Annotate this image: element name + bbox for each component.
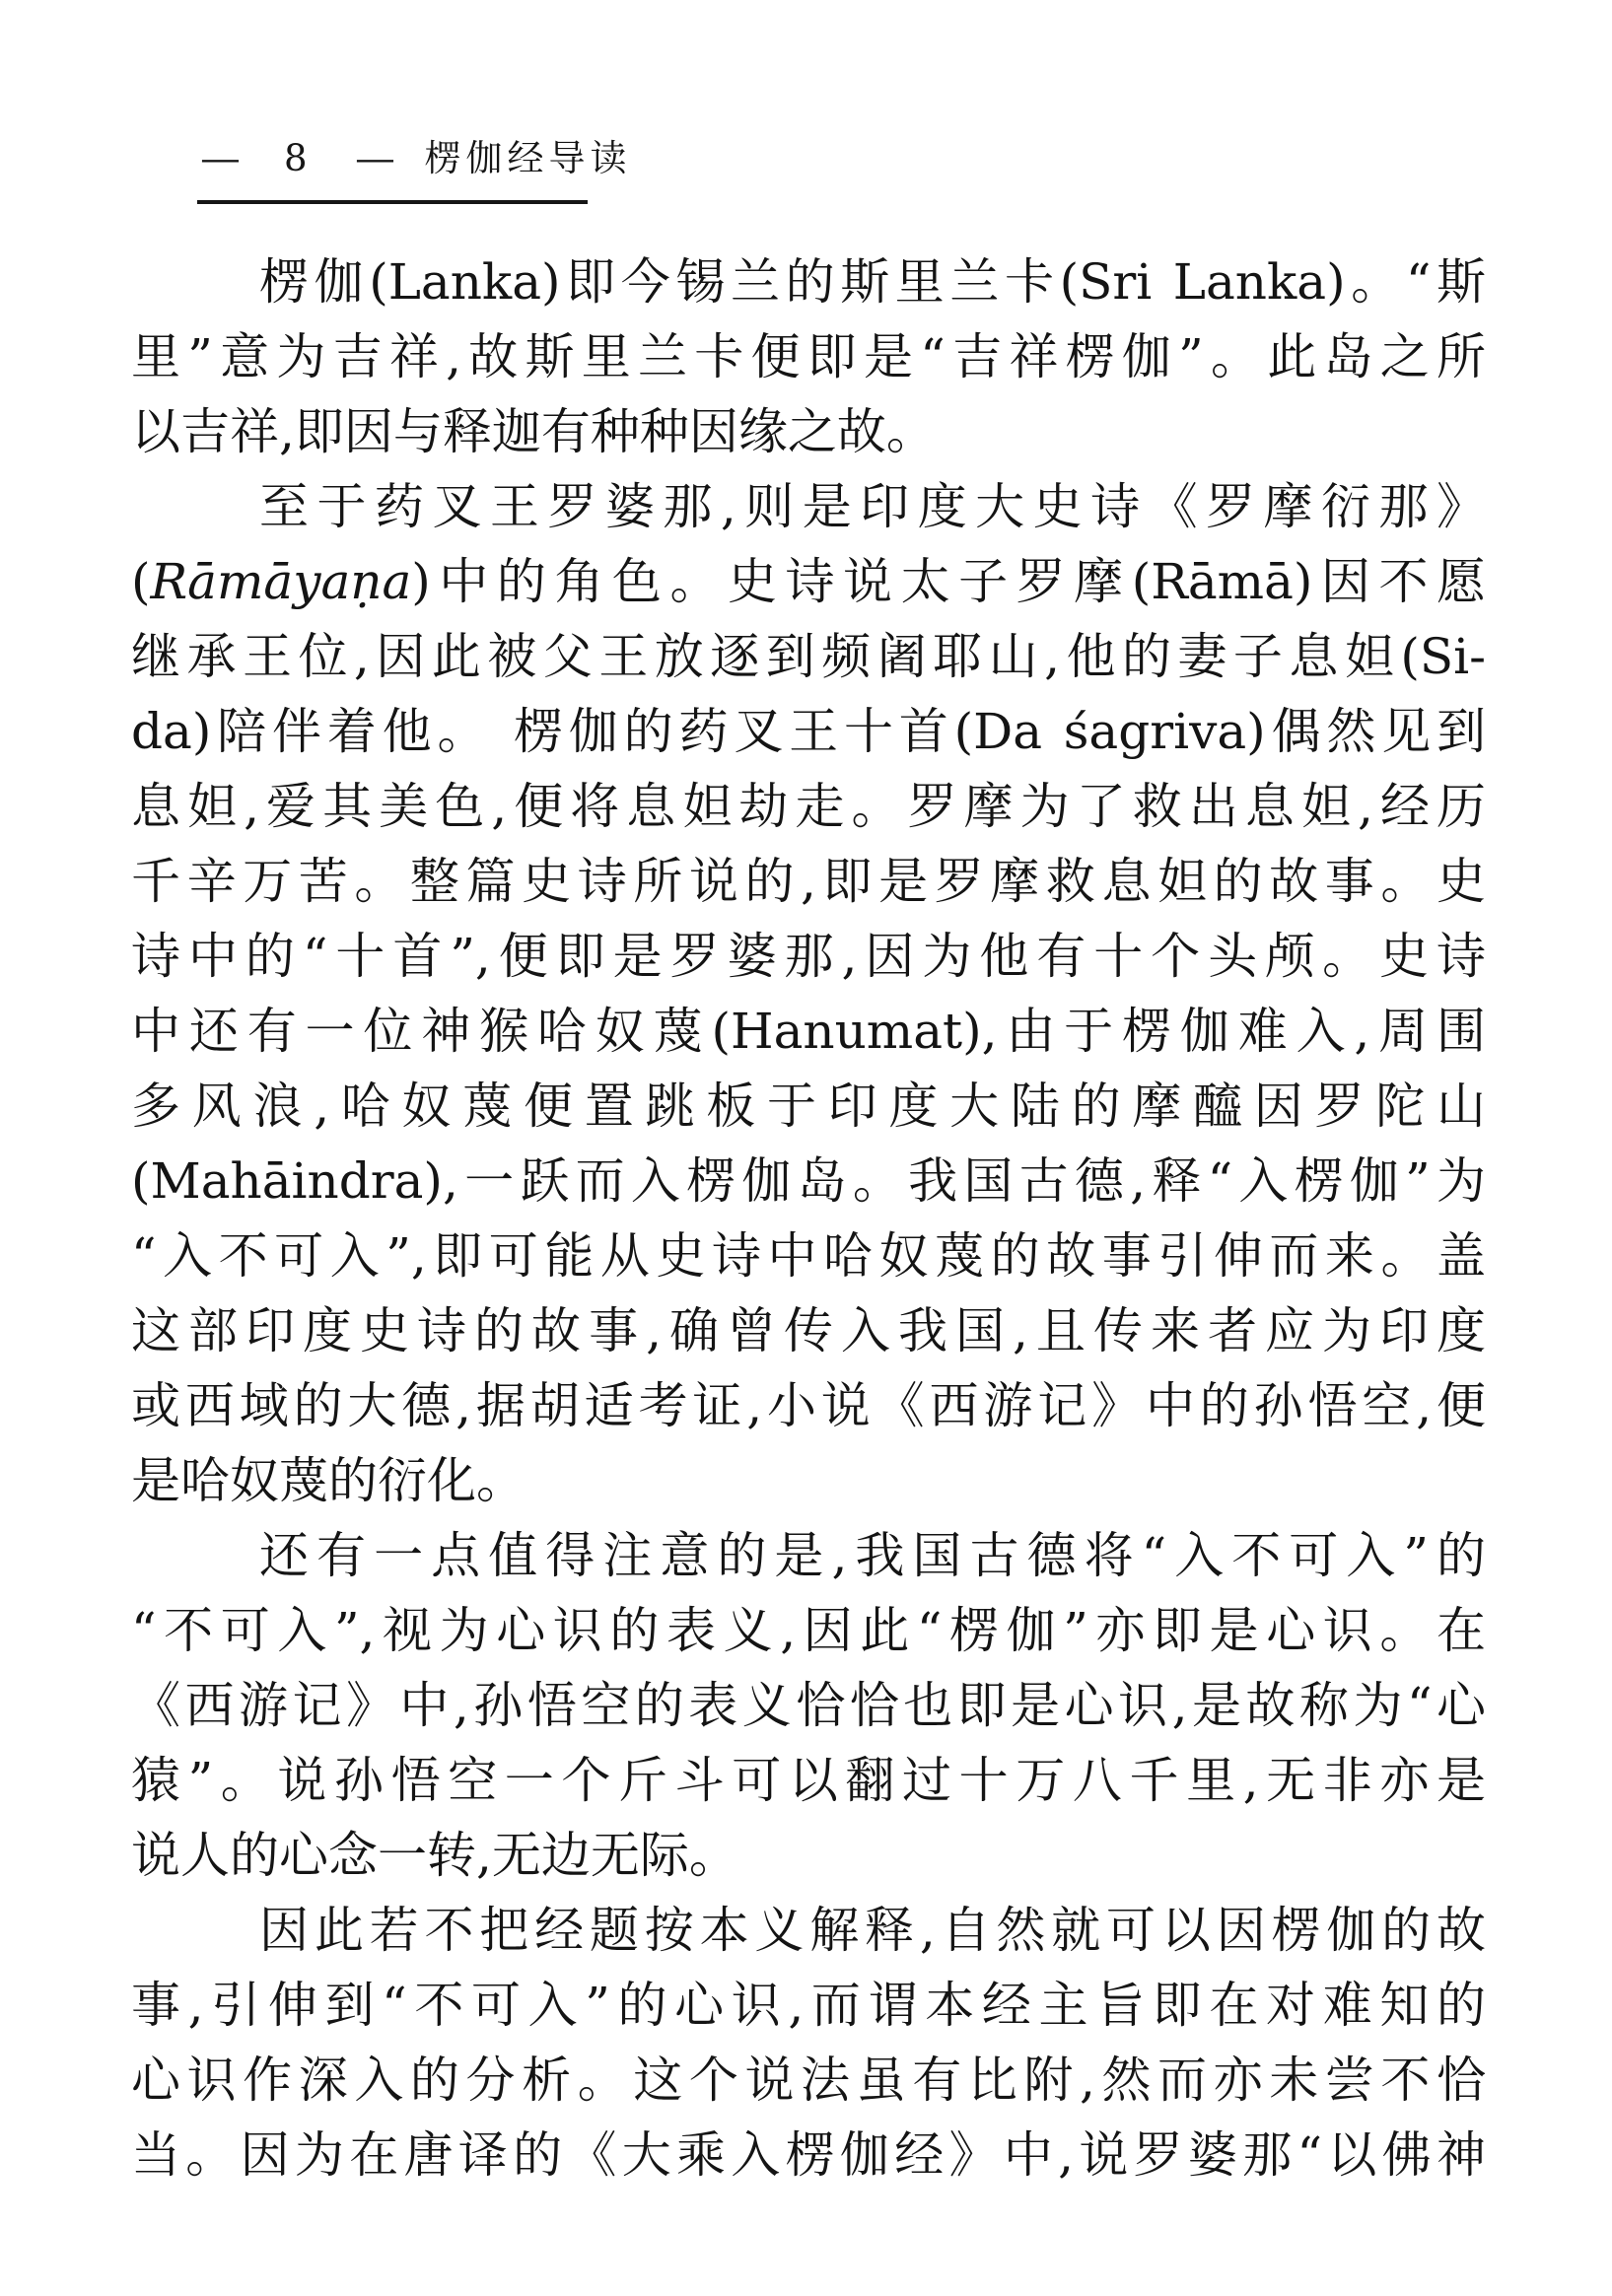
book-title: 楞伽经导读 xyxy=(425,134,632,183)
header-dash-left: — xyxy=(200,134,241,183)
text-line-16: 或西域的大德,据胡适考证,小说《西游记》中的孙悟空,便 xyxy=(131,1368,1486,1443)
text-line-9: 千辛万苦。整篇史诗所说的,即是罗摩救息妲的故事。史 xyxy=(131,844,1486,919)
text-line-5: (Rāmāyaṇa)中的角色。史诗说太子罗摩(Rāmā)因不愿 xyxy=(131,544,1486,619)
text-line-12: 多风浪,哈奴蔑便置跳板于印度大陆的摩醯因罗陀山 xyxy=(131,1069,1486,1144)
text-line-13: (Mahāindra),一跃而入楞伽岛。我国古德,释“入楞伽”为 xyxy=(131,1144,1486,1218)
text-line-26: 当。因为在唐译的《大乘入楞伽经》中,说罗婆那“以佛神 xyxy=(131,2118,1486,2192)
text-line-17: 是哈奴蔑的衍化。 xyxy=(131,1443,1486,1518)
header-rule xyxy=(197,200,588,204)
header-dash-right: — xyxy=(355,134,395,183)
text-line-25: 心识作深入的分析。这个说法虽有比附,然而亦未尝不恰 xyxy=(131,2043,1486,2118)
text-line-22: 说人的心念一转,无边无际。 xyxy=(131,1818,1486,1893)
text-line-1: 楞伽(Lanka)即今锡兰的斯里兰卡(Sri Lanka)。“斯 xyxy=(131,244,1486,319)
text-line-20: 《西游记》中,孙悟空的表义恰恰也即是心识,是故称为“心 xyxy=(131,1668,1486,1743)
text-line-5-rest: )中的角色。史诗说太子罗摩(Rāmā)因不愿 xyxy=(411,553,1486,610)
text-line-8: 息妲,爱其美色,便将息妲劫走。罗摩为了救出息妲,经历 xyxy=(131,769,1486,844)
text-line-21: 猿”。说孙悟空一个斤斗可以翻过十万八千里,无非亦是 xyxy=(131,1743,1486,1818)
running-head: —8—楞伽经导读 xyxy=(202,134,632,183)
text-line-15: 这部印度史诗的故事,确曾传入我国,且传来者应为印度 xyxy=(131,1293,1486,1368)
text-line-11: 中还有一位神猴哈奴蔑(Hanumat),由于楞伽难入,周围 xyxy=(131,994,1486,1069)
text-line-7: da)陪伴着他。 楞伽的药叉王十首(Da śagriva)偶然见到 xyxy=(131,694,1486,769)
page-number: 8 xyxy=(284,134,308,183)
text-line-24: 事,引伸到“不可入”的心识,而谓本经主旨即在对难知的 xyxy=(131,1968,1486,2043)
text-line-18: 还有一点值得注意的是,我国古德将“入不可入”的 xyxy=(131,1518,1486,1593)
text-line-2: 里”意为吉祥,故斯里兰卡便即是“吉祥楞伽”。此岛之所 xyxy=(131,319,1486,394)
book-page: —8—楞伽经导读 楞伽(Lanka)即今锡兰的斯里兰卡(Sri Lanka)。“… xyxy=(0,0,1612,2296)
text-line-10: 诗中的“十首”,便即是罗婆那,因为他有十个头颅。史诗 xyxy=(131,919,1486,994)
text-line-5-open: ( xyxy=(131,553,151,610)
text-line-23: 因此若不把经题按本义解释,自然就可以因楞伽的故 xyxy=(131,1893,1486,1968)
text-line-14: “入不可入”,即可能从史诗中哈奴蔑的故事引伸而来。盖 xyxy=(131,1218,1486,1293)
text-line-4: 至于药叉王罗婆那,则是印度大史诗《罗摩衍那》 xyxy=(131,469,1486,544)
text-line-5-sanskrit-name: Rāmāyaṇa xyxy=(151,553,412,610)
text-line-19: “不可入”,视为心识的表义,因此“楞伽”亦即是心识。在 xyxy=(131,1593,1486,1668)
body-text: 楞伽(Lanka)即今锡兰的斯里兰卡(Sri Lanka)。“斯 里”意为吉祥,… xyxy=(131,244,1486,2192)
text-line-3: 以吉祥,即因与释迦有种种因缘之故。 xyxy=(131,394,1486,469)
text-line-6: 继承王位,因此被父王放逐到频阇耶山,他的妻子息妲(Si- xyxy=(131,619,1486,694)
